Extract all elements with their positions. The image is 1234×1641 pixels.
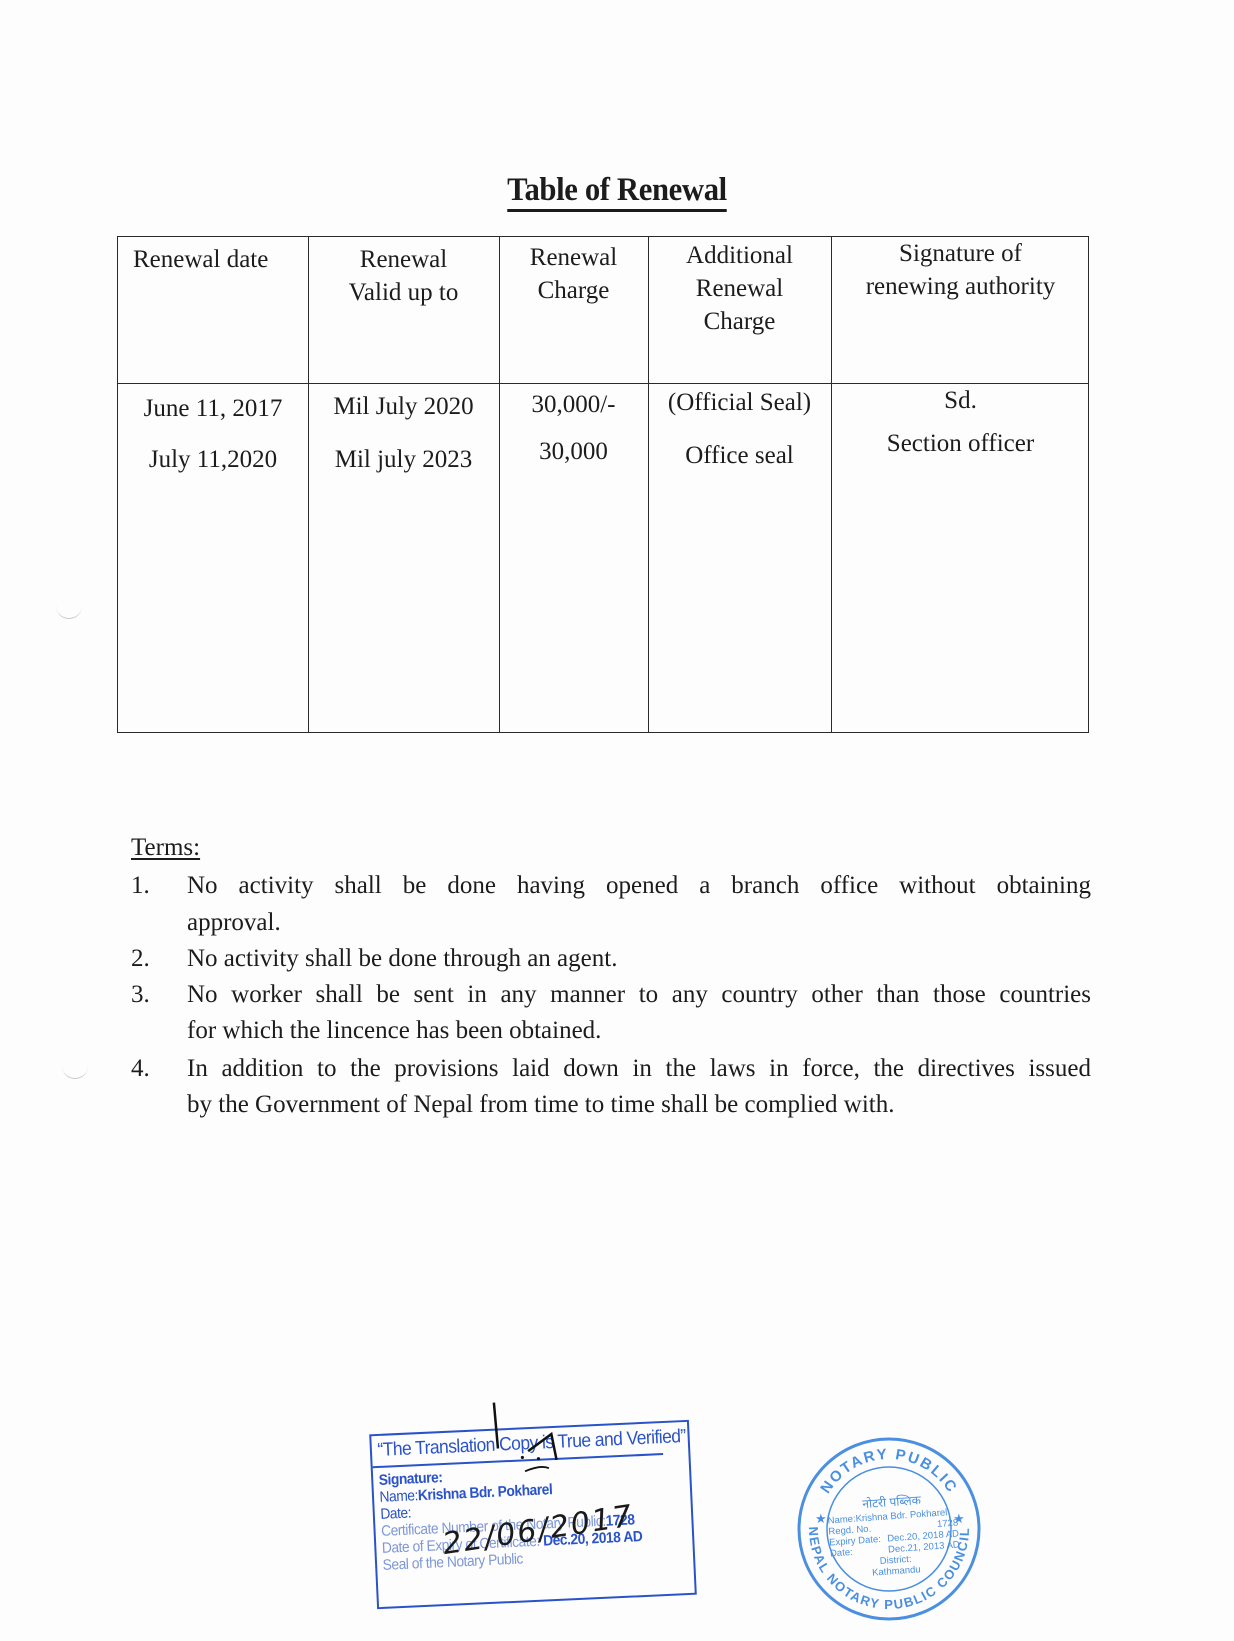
term-text: No worker shall be sent in any manner to… [187,976,1091,1013]
term-number: 2. [131,940,171,977]
header-text: Renewal [308,243,499,276]
term-text: In addition to the provisions laid down … [187,1050,1091,1087]
cell-charge: 30,000/- [499,388,648,421]
name-label: Name: [379,1487,418,1506]
svg-text:★: ★ [815,1511,827,1526]
term-number: 1. [131,867,171,904]
seal-details: नोटरी पब्लिक Name:Krishna Bdr. Pokharel … [826,1493,961,1582]
cell-additional-charge: Office seal [648,439,831,472]
document-page: Table of Renewal Renewal date Renewal Va… [0,0,1234,1641]
renewal-table: Renewal date Renewal Valid up to Renewal… [117,236,1089,733]
header-text: Additional [648,239,831,272]
cell-signature: Sd. [831,384,1090,417]
term-text: No activity shall be done having opened … [187,867,1091,904]
header-text: Renewal [648,272,831,305]
column-divider [499,237,500,732]
punch-hole-mark [56,600,82,619]
header-text: Renewal date [133,243,308,276]
term-text: for which the lincence has been obtained… [187,1012,1091,1049]
header-text: renewing authority [831,270,1090,303]
date-label: Date: [380,1505,411,1523]
cell-additional-charge: (Official Seal) [648,386,831,419]
header-renewal-date: Renewal date [133,243,308,276]
terms-heading: Terms: [131,834,200,862]
header-text: Signature of [831,237,1090,270]
cell-valid-up-to: Mil July 2020 [308,390,499,423]
header-valid-up-to: Renewal Valid up to [308,243,499,309]
punch-hole-mark [62,1060,88,1079]
column-divider [308,237,309,732]
document-title: Table of Renewal [43,172,1191,209]
translation-verification-stamp: “The Translation Copy is True and Verifi… [369,1420,697,1609]
cell-renewal-date: June 11, 2017 [118,392,308,425]
header-text: Charge [499,274,648,307]
header-renewal-charge: Renewal Charge [499,241,648,307]
cell-charge: 30,000 [499,435,648,468]
term-text: No activity shall be done through an age… [187,940,1091,977]
cell-renewal-date: July 11,2020 [118,443,308,476]
term-text: by the Government of Nepal from time to … [187,1086,1091,1123]
date-label: Date: [830,1547,853,1560]
term-number: 3. [131,976,171,1013]
handwritten-signature-icon [480,1397,574,1481]
header-additional-charge: Additional Renewal Charge [648,239,831,338]
column-divider [831,237,832,732]
title-text: Table of Renewal [507,172,727,212]
cell-signature: Section officer [831,427,1090,460]
header-text: Renewal [499,241,648,274]
header-text: Valid up to [308,276,499,309]
term-number: 4. [131,1050,171,1087]
cell-valid-up-to: Mil july 2023 [308,443,499,476]
notary-public-seal: NOTARY PUBLIC NEPAL NOTARY PUBLIC COUNCI… [795,1435,983,1623]
term-text: approval. [187,904,1091,941]
header-text: Charge [648,305,831,338]
header-signature: Signature of renewing authority [831,237,1090,303]
